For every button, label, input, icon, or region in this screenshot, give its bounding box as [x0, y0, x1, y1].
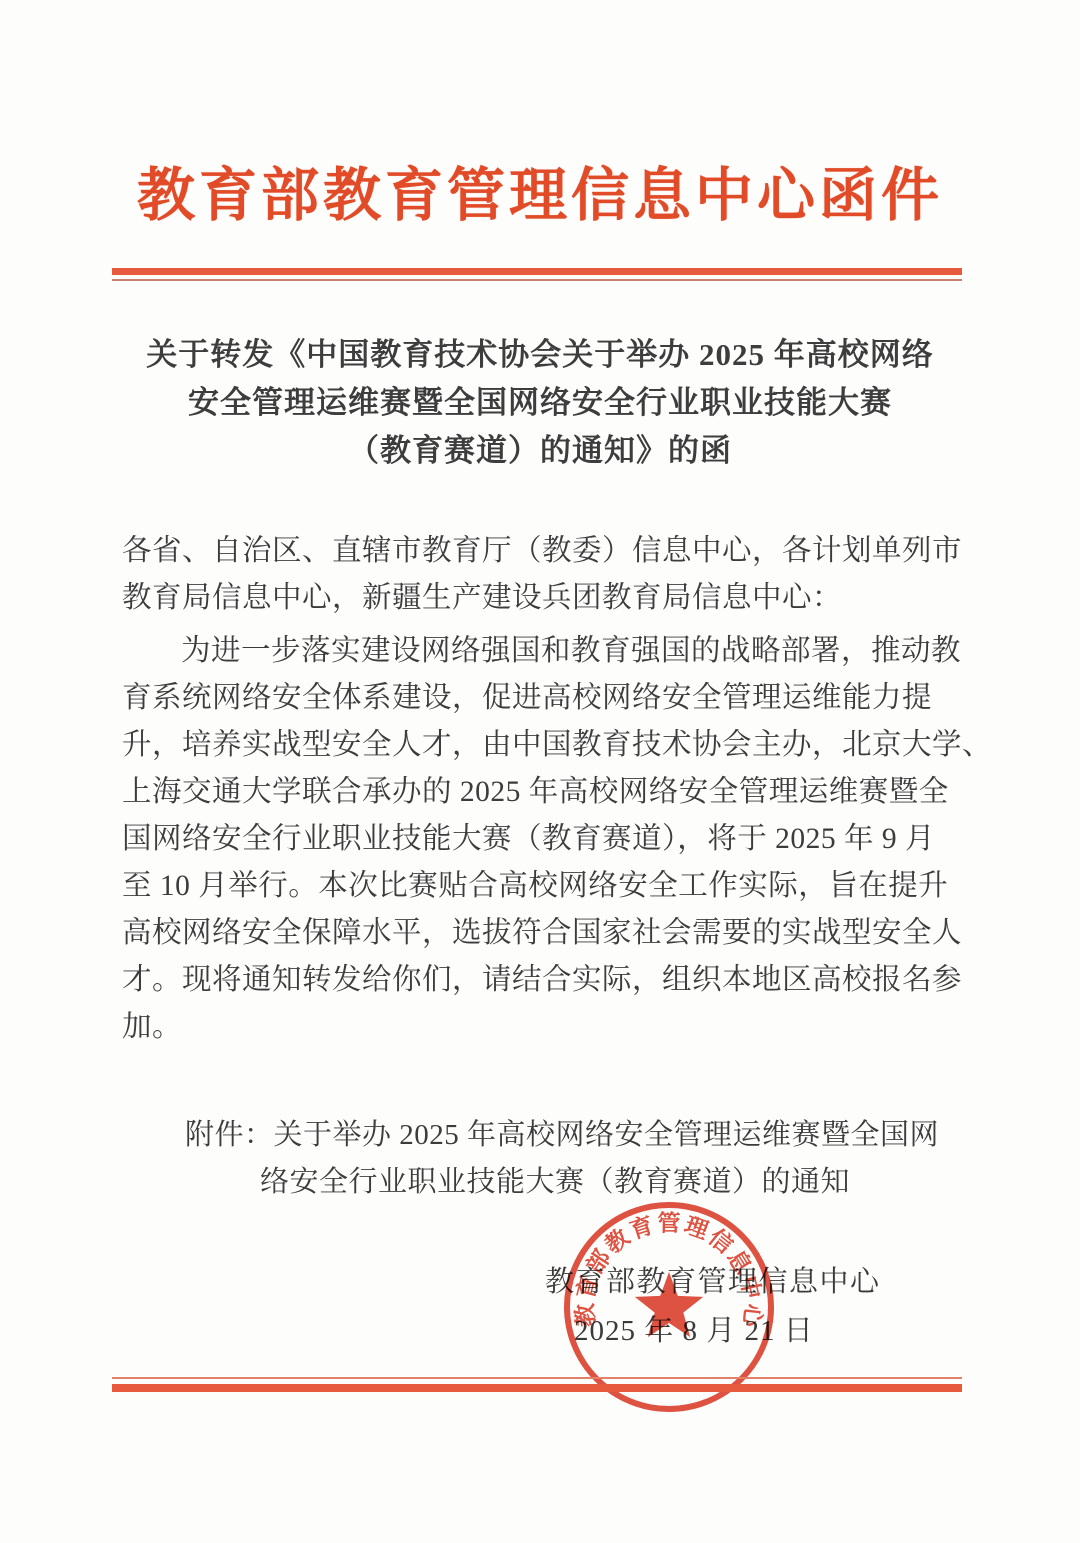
body-line-4: 上海交通大学联合承办的 2025 年高校网络安全管理运维赛暨全 [122, 769, 960, 816]
salutation-line-2: 教育局信息中心，新疆生产建设兵团教育局信息中心： [122, 575, 960, 622]
top-rule-thin [112, 279, 962, 281]
document-title-line-1: 关于转发《中国教育技术协会关于举办 2025 年高校网络 [0, 331, 1080, 379]
body-line-1: 为进一步落实建设网络强国和教育强国的战略部署，推动教 [122, 628, 960, 675]
salutation-line-1: 各省、自治区、直辖市教育厅（教委）信息中心，各计划单列市 [122, 528, 960, 575]
letterhead-title: 教育部教育管理信息中心函件 [0, 163, 1080, 229]
body-line-8: 才。现将通知转发给你们，请结合实际，组织本地区高校报名参 [122, 957, 960, 1004]
body-line-7: 高校网络安全保障水平，选拔符合国家社会需要的实战型安全人 [122, 910, 960, 957]
attachment-text: 关于举办 2025 年高校网络安全管理运维赛暨全国网 [274, 1119, 940, 1151]
body-line-6: 至 10 月举行。本次比赛贴合高校网络安全工作实际，旨在提升 [122, 863, 960, 910]
body-line-9: 加。 [122, 1004, 960, 1051]
attachment-line-1: 附件：关于举办 2025 年高校网络安全管理运维赛暨全国网 [185, 1112, 960, 1159]
document-title-line-3: （教育赛道）的通知》的函 [0, 427, 1080, 475]
document-page: 教育部教育管理信息中心函件 关于转发《中国教育技术协会关于举办 2025 年高校… [0, 0, 1080, 1543]
seal-star-icon [635, 1272, 703, 1337]
bottom-rule-thin [112, 1377, 962, 1379]
body-line-2: 育系统网络安全体系建设，促进高校网络安全管理运维能力提 [122, 675, 960, 722]
attachment-label: 附件： [185, 1119, 274, 1151]
bottom-rule-thick [112, 1384, 962, 1392]
top-rule-thick [112, 268, 962, 275]
document-title-line-2: 安全管理运维赛暨全国网络安全行业职业技能大赛 [0, 379, 1080, 427]
document-title: 关于转发《中国教育技术协会关于举办 2025 年高校网络 安全管理运维赛暨全国网… [0, 331, 1080, 475]
attachment-note: 附件：关于举办 2025 年高校网络安全管理运维赛暨全国网 络安全行业职业技能大… [122, 1112, 960, 1206]
body-text: 各省、自治区、直辖市教育厅（教委）信息中心，各计划单列市 教育局信息中心，新疆生… [122, 528, 960, 1051]
body-line-5: 国网络安全行业职业技能大赛（教育赛道），将于 2025 年 9 月 [122, 816, 960, 863]
body-line-3: 升，培养实战型安全人才，由中国教育技术协会主办，北京大学、 [122, 722, 960, 769]
